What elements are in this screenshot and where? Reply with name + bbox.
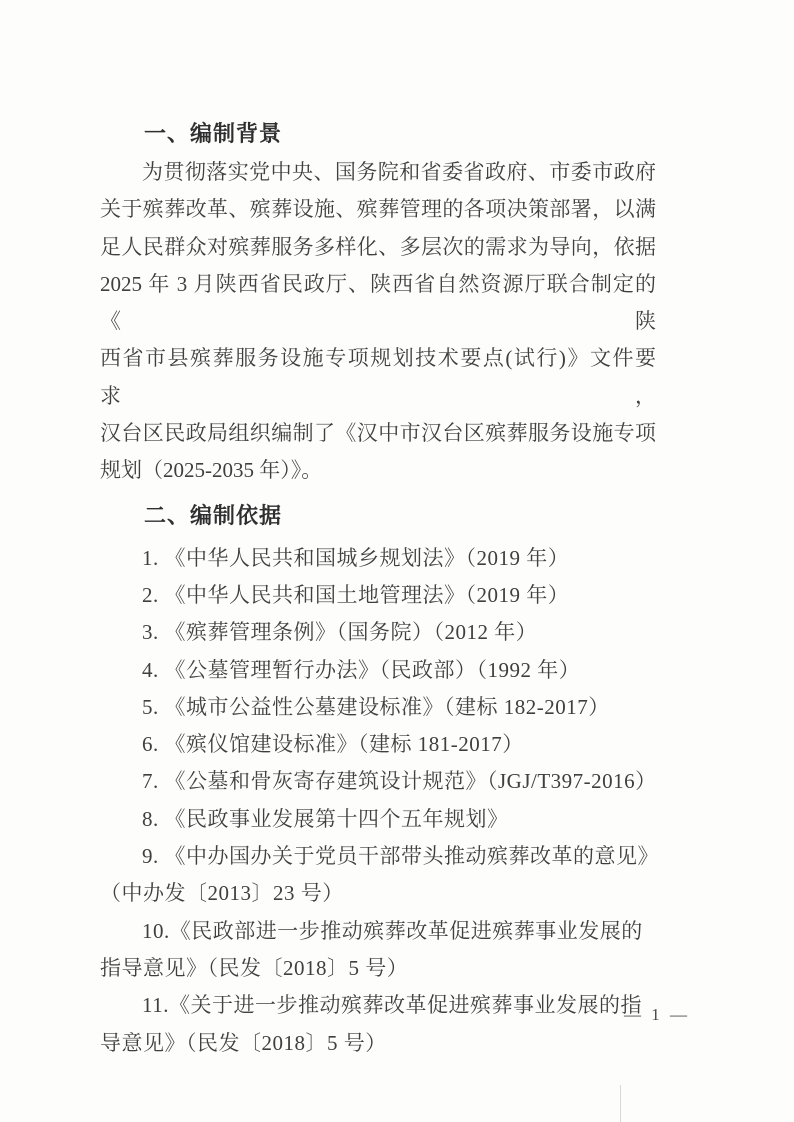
text-line: 9. 《中办国办关于党员干部带头推动殡葬改革的意见》 <box>100 838 656 875</box>
document-content: 一、编制背景 为贯彻落实党中央、国务院和省委省政府、市委市政府关于殡葬改革、殡葬… <box>100 114 656 1062</box>
text-line: 1. 《中华人民共和国城乡规划法》（2019 年） <box>100 540 656 577</box>
text-line: 7. 《公墓和骨灰寄存建筑设计规范》（JGJ/T397-2016） <box>100 763 656 800</box>
scan-artifact-line <box>620 1085 621 1122</box>
reference-item: 3. 《殡葬管理条例》（国务院）（2012 年） <box>100 614 656 651</box>
text-line: 10.《民政部进一步推动殡葬改革促进殡葬事业发展的 <box>100 913 656 950</box>
text-line: 指导意见》（民发〔2018〕5 号） <box>100 950 656 987</box>
reference-item: 6. 《殡仪馆建设标准》（建标 181-2017） <box>100 726 656 763</box>
text-line: 11.《关于进一步推动殡葬改革促进殡葬事业发展的指 <box>100 987 656 1024</box>
text-line: 5. 《城市公益性公墓建设标准》（建标 182-2017） <box>100 689 656 726</box>
text-line: 规划（2025-2035 年）》。 <box>100 452 656 489</box>
reference-item: 11.《关于进一步推动殡葬改革促进殡葬事业发展的指导意见》（民发〔2018〕5 … <box>100 987 656 1062</box>
background-paragraph: 为贯彻落实党中央、国务院和省委省政府、市委市政府关于殡葬改革、殡葬设施、殡葬管理… <box>100 154 656 490</box>
text-line: 导意见》（民发〔2018〕5 号） <box>100 1025 656 1062</box>
reference-item: 4. 《公墓管理暂行办法》（民政部）（1992 年） <box>100 652 656 689</box>
section-heading-background: 一、编制背景 <box>100 114 656 154</box>
text-line: 西省市县殡葬服务设施专项规划技术要点(试行)》文件要求， <box>100 340 656 415</box>
reference-item: 7. 《公墓和骨灰寄存建筑设计规范》（JGJ/T397-2016） <box>100 763 656 800</box>
reference-list: 1. 《中华人民共和国城乡规划法》（2019 年） 2. 《中华人民共和国土地管… <box>100 540 656 1062</box>
text-line: 足人民群众对殡葬服务多样化、多层次的需求为导向，依据 <box>100 229 656 266</box>
page-number: — 1 — <box>624 1002 690 1028</box>
text-line: 6. 《殡仪馆建设标准》（建标 181-2017） <box>100 726 656 763</box>
reference-item: 1. 《中华人民共和国城乡规划法》（2019 年） <box>100 540 656 577</box>
text-line: 3. 《殡葬管理条例》（国务院）（2012 年） <box>100 614 656 651</box>
reference-item: 10.《民政部进一步推动殡葬改革促进殡葬事业发展的指导意见》（民发〔2018〕5… <box>100 913 656 988</box>
text-line: 为贯彻落实党中央、国务院和省委省政府、市委市政府 <box>100 154 656 191</box>
reference-item: 5. 《城市公益性公墓建设标准》（建标 182-2017） <box>100 689 656 726</box>
text-line: 2025 年 3 月陕西省民政厅、陕西省自然资源厅联合制定的《陕 <box>100 266 656 341</box>
text-line: 4. 《公墓管理暂行办法》（民政部）（1992 年） <box>100 652 656 689</box>
reference-item: 9. 《中办国办关于党员干部带头推动殡葬改革的意见》（中办发〔2013〕23 号… <box>100 838 656 913</box>
reference-item: 2. 《中华人民共和国土地管理法》（2019 年） <box>100 577 656 614</box>
text-line: 汉台区民政局组织编制了《汉中市汉台区殡葬服务设施专项 <box>100 415 656 452</box>
document-page: 一、编制背景 为贯彻落实党中央、国务院和省委省政府、市委市政府关于殡葬改革、殡葬… <box>0 0 794 1122</box>
text-line: 8. 《民政事业发展第十四个五年规划》 <box>100 801 656 838</box>
text-line: （中办发〔2013〕23 号） <box>100 875 656 912</box>
section-heading-basis: 二、编制依据 <box>100 496 656 536</box>
text-line: 2. 《中华人民共和国土地管理法》（2019 年） <box>100 577 656 614</box>
reference-item: 8. 《民政事业发展第十四个五年规划》 <box>100 801 656 838</box>
text-line: 关于殡葬改革、殡葬设施、殡葬管理的各项决策部署，以满 <box>100 191 656 228</box>
